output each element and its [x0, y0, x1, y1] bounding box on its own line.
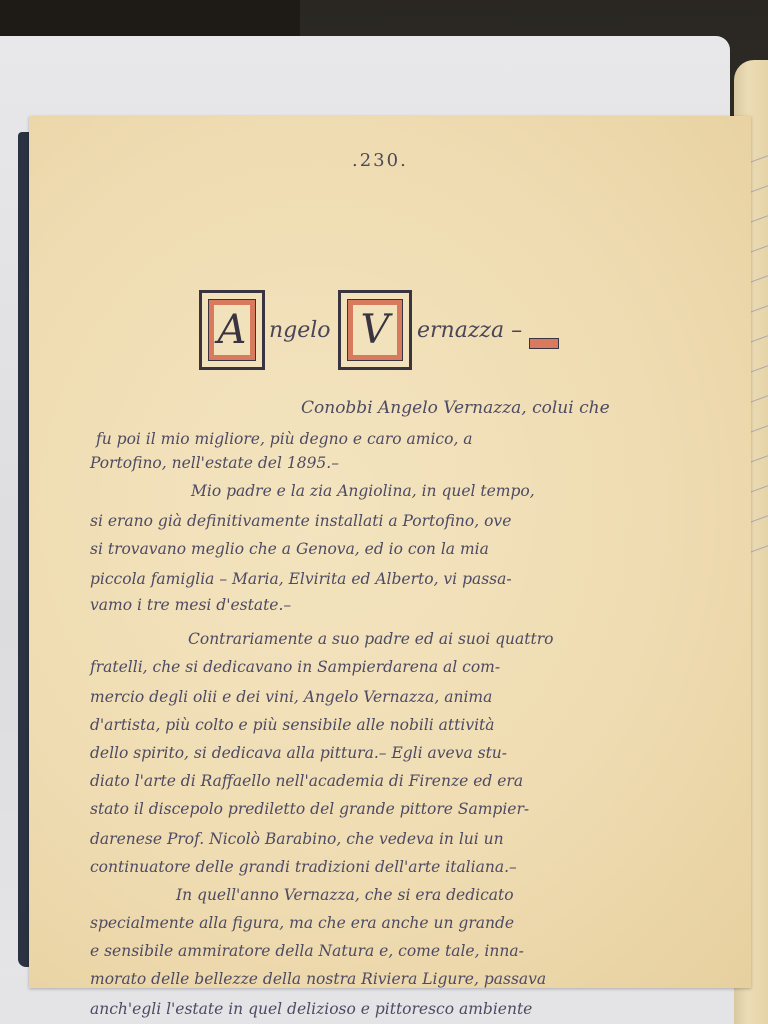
text-line: vamo i tre mesi d'estate.–: [90, 596, 291, 614]
text-line: continuatore delle grandi tradizioni del…: [90, 858, 517, 876]
illuminated-title: A ngelo V ernazza –: [199, 290, 569, 380]
text-line: d'artista, più colto e più sensibile all…: [90, 716, 495, 734]
desk-background: [0, 0, 300, 40]
title-word-angelo: ngelo: [269, 318, 331, 343]
text-line: si trovavano meglio che a Genova, ed io …: [90, 540, 489, 558]
initial-letter-a: A: [218, 307, 247, 353]
text-line: e sensibile ammiratore della Natura e, c…: [90, 942, 524, 960]
text-line: anch'egli l'estate in quel delizioso e p…: [90, 1000, 532, 1018]
title-word-vernazza: ernazza –: [417, 318, 522, 343]
text-line: fu poi il mio migliore, più degno e caro…: [96, 430, 473, 448]
illuminated-initial-v: V: [338, 290, 412, 370]
text-line: piccola famiglia – Maria, Elvirita ed Al…: [90, 570, 512, 588]
illuminated-initial-a: A: [199, 290, 265, 370]
text-line: Portofino, nell'estate del 1895.–: [90, 454, 339, 472]
text-line: morato delle bellezze della nostra Rivie…: [90, 970, 546, 988]
text-line: specialmente alla figura, ma che era anc…: [90, 914, 514, 932]
text-line: dello spirito, si dedicava alla pittura.…: [90, 744, 507, 762]
text-line: darenese Prof. Nicolò Barabino, che vede…: [90, 830, 504, 848]
text-line: si erano già definitivamente installati …: [90, 512, 511, 530]
title-decorative-bar: [529, 338, 559, 349]
text-line: mercio degli olii e dei vini, Angelo Ver…: [90, 688, 492, 706]
text-line: In quell'anno Vernazza, che si era dedic…: [176, 886, 514, 904]
text-line: fratelli, che si dedicavano in Sampierda…: [90, 658, 500, 676]
text-line: Mio padre e la zia Angiolina, in quel te…: [191, 482, 535, 500]
page-number: .230.: [352, 150, 432, 171]
text-line: diato l'arte di Raffaello nell'academia …: [90, 772, 523, 790]
text-line: Conobbi Angelo Vernazza, colui che: [301, 398, 610, 418]
text-line: Contrariamente a suo padre ed ai suoi qu…: [188, 630, 553, 648]
initial-letter-v: V: [361, 307, 390, 353]
text-line: stato il discepolo prediletto del grande…: [90, 800, 529, 818]
